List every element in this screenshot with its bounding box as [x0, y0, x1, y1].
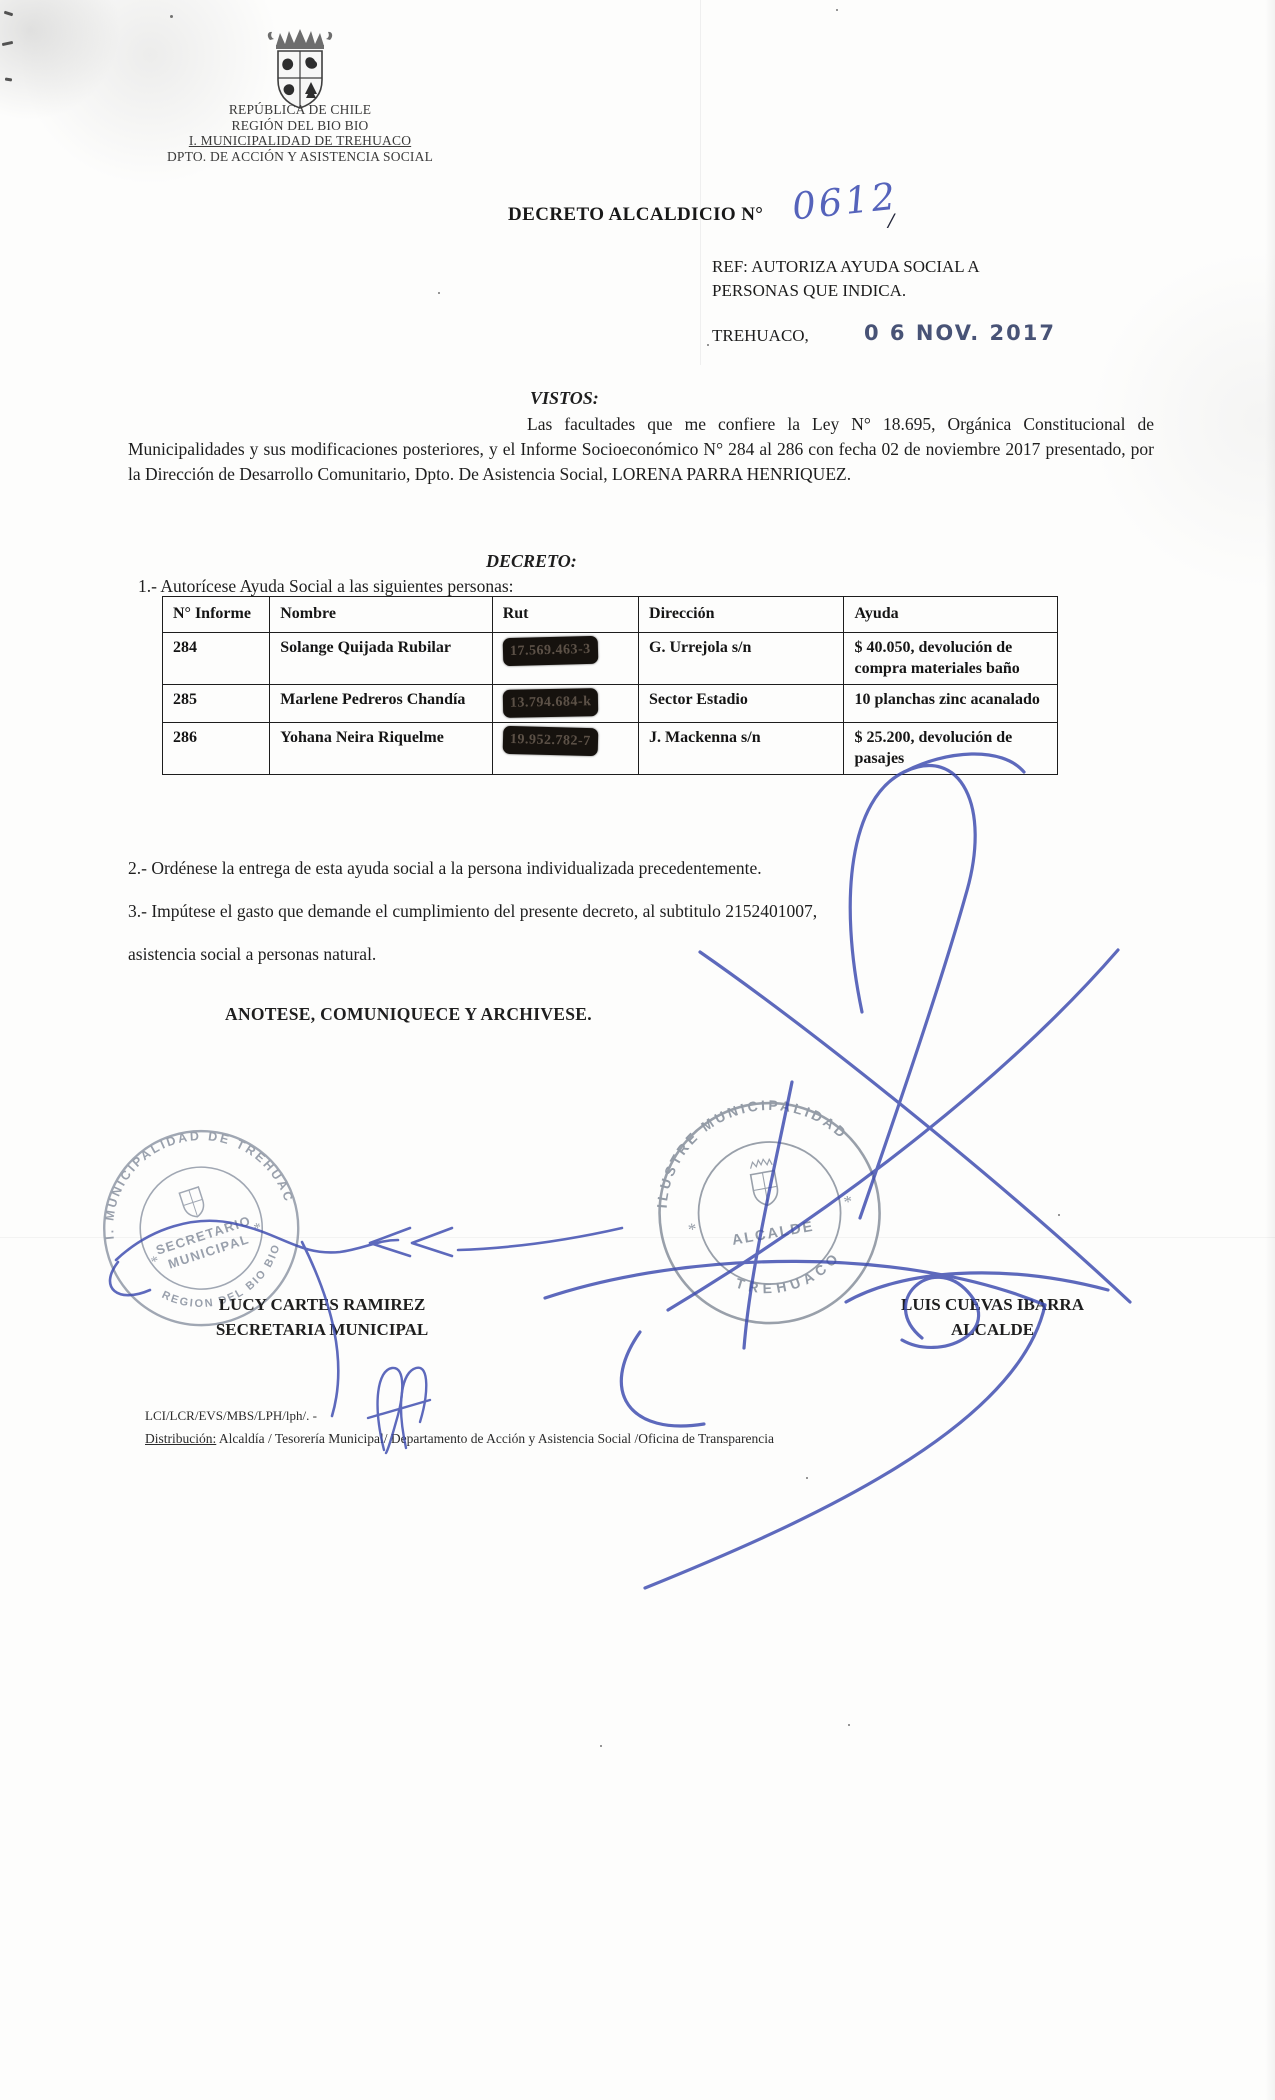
cell-informe: 284 [163, 633, 270, 685]
mayor-role: ALCALDE [850, 1317, 1135, 1342]
mayor-stamp-arc-top: ILUSTRE MUNICIPALIDAD [638, 1082, 859, 1211]
ref-line-1: REF: AUTORIZA AYUDA SOCIAL A [712, 255, 980, 279]
stamp-asterisk: * [687, 1219, 699, 1239]
table-row: 284 Solange Quijada Rubilar 17.569.463-3… [163, 633, 1058, 685]
cell-rut: 13.794.684-k [492, 685, 638, 723]
mayor-stamp-arc-bottom: TREHUACO [729, 1245, 848, 1303]
date-stamp: 0 6 NOV. 2017 [864, 321, 1056, 345]
org-municipality: I. MUNICIPALIDAD DE TREHUACO [125, 133, 475, 149]
scan-speck [806, 1477, 808, 1479]
scan-speck [5, 78, 12, 82]
decree-title: DECRETO ALCALDICIO N° [508, 204, 763, 226]
scan-speck [4, 11, 13, 17]
footer-initials: LCI/LCR/EVS/MBS/LPH/lph/. - [145, 1408, 317, 1424]
table-header-row: N° Informe Nombre Rut Dirección Ayuda [163, 597, 1058, 633]
scan-speck [2, 41, 13, 46]
vistos-heading: VISTOS: [530, 388, 599, 409]
decree-number-handwritten: 0612 [790, 175, 900, 229]
vistos-body: Las facultades que me confiere la Ley N°… [128, 412, 1154, 487]
svg-text:TREHUACO: TREHUACO [729, 1245, 848, 1303]
mayor-stamp-center: ALCALDE [731, 1219, 816, 1249]
scanned-decree-page: REPÚBLICA DE CHILE REGIÓN DEL BIO BIO I.… [0, 0, 1275, 2100]
org-country: REPÚBLICA DE CHILE [125, 102, 475, 118]
scan-speck [438, 292, 440, 294]
cell-ayuda: 10 planchas zinc acanalado [844, 685, 1058, 723]
redacted-rut: 19.952.782-7 [502, 726, 597, 756]
cell-nombre: Solange Quijada Rubilar [270, 633, 492, 685]
cell-rut: 17.569.463-3 [492, 633, 638, 685]
pen-signatures-icon [0, 0, 1275, 2100]
cell-direccion: J. Mackenna s/n [639, 723, 844, 775]
secretary-name: LUCY CARTES RAMIREZ [172, 1292, 472, 1317]
col-header-informe: N° Informe [163, 597, 270, 633]
scan-crease-vertical [700, 0, 701, 365]
decree-item-3-line-2: asistencia social a personas natural. [128, 944, 1168, 965]
cell-nombre: Marlene Pedreros Chandía [270, 685, 492, 723]
distribution-text: Alcaldía / Tesorería Municipal/ Departam… [216, 1431, 774, 1446]
decree-item-2: 2.- Ordénese la entrega de esta ayuda so… [128, 858, 1168, 879]
mayor-signature-block: LUIS CUEVAS IBARRA ALCALDE [850, 1292, 1135, 1342]
distribution-label: Distribución: [145, 1431, 216, 1446]
ref-line-2: PERSONAS QUE INDICA. [712, 279, 980, 303]
cell-ayuda: $ 40.050, devolución de compra materiale… [844, 633, 1058, 685]
svg-text:ILUSTRE MUNICIPALIDAD: ILUSTRE MUNICIPALIDAD [638, 1082, 859, 1211]
secretary-role: SECRETARIA MUNICIPAL [172, 1317, 472, 1342]
org-department: DPTO. DE ACCIÓN Y ASISTENCIA SOCIAL [125, 149, 475, 165]
cell-informe: 286 [163, 723, 270, 775]
scan-speck [848, 1724, 850, 1726]
secretary-signature-block: LUCY CARTES RAMIREZ SECRETARIA MUNICIPAL [172, 1292, 472, 1342]
table-row: 286 Yohana Neira Riquelme 19.952.782-7 J… [163, 723, 1058, 775]
ref-block: REF: AUTORIZA AYUDA SOCIAL A PERSONAS QU… [712, 255, 980, 303]
distribution-line: Distribución: Alcaldía / Tesorería Munic… [145, 1431, 774, 1447]
scan-speck [170, 15, 173, 18]
stamp-asterisk: * [842, 1192, 854, 1212]
scan-speck [600, 1745, 602, 1747]
col-header-rut: Rut [492, 597, 638, 633]
scan-speck [836, 9, 838, 11]
closing-line: ANOTESE, COMUNIQUECE Y ARCHIVESE. [225, 1004, 592, 1025]
aid-table: N° Informe Nombre Rut Dirección Ayuda 28… [162, 596, 1058, 775]
org-region: REGIÓN DEL BIO BIO [125, 118, 475, 134]
coat-of-arms-icon [258, 24, 342, 110]
cell-direccion: Sector Estadio [639, 685, 844, 723]
table-row: 285 Marlene Pedreros Chandía 13.794.684-… [163, 685, 1058, 723]
cell-ayuda: $ 25.200, devolución de pasajes [844, 723, 1058, 775]
col-header-direccion: Dirección [639, 597, 844, 633]
org-block: REPÚBLICA DE CHILE REGIÓN DEL BIO BIO I.… [125, 102, 475, 164]
cell-informe: 285 [163, 685, 270, 723]
scan-speck [707, 344, 709, 346]
col-header-nombre: Nombre [270, 597, 492, 633]
col-header-ayuda: Ayuda [844, 597, 1058, 633]
cell-direccion: G. Urrejola s/n [639, 633, 844, 685]
place-line: TREHUACO, [712, 326, 809, 346]
decree-item-1: 1.- Autorícese Ayuda Social a las siguie… [138, 576, 514, 597]
decreto-heading: DECRETO: [486, 551, 577, 572]
decree-item-3-line-1: 3.- Impútese el gasto que demande el cum… [128, 901, 1168, 922]
cell-nombre: Yohana Neira Riquelme [270, 723, 492, 775]
cell-rut: 19.952.782-7 [492, 723, 638, 775]
redacted-rut: 17.569.463-3 [502, 636, 597, 666]
scan-speck [1058, 1214, 1060, 1216]
decree-title-slash: / [888, 208, 894, 234]
redacted-rut: 13.794.684-k [502, 688, 598, 718]
mayor-name: LUIS CUEVAS IBARRA [850, 1292, 1135, 1317]
